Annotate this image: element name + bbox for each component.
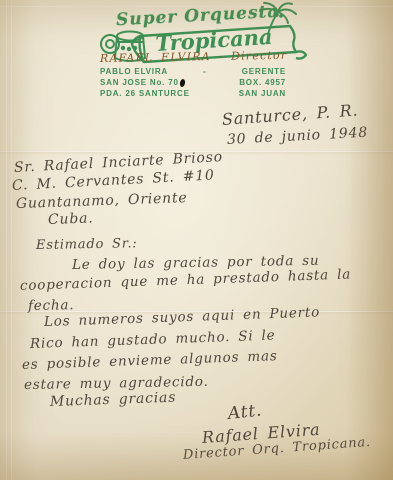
manager-row: PABLO ELVIRA - GERENTE — [100, 67, 286, 76]
scan-edge-line — [11, 0, 12, 480]
po-box: BOX. 4957 — [239, 78, 286, 87]
manager-name: PABLO ELVIRA — [100, 67, 168, 76]
parada-santurce: PDA. 26 SANTURCE — [100, 89, 190, 98]
signature-att: Att. — [227, 400, 263, 423]
street-address: SAN JOSE No. 70 — [100, 78, 185, 87]
body-p2-line2: Rico han gustado mucho. Si le — [30, 327, 276, 352]
body-p1-line3: fecha. — [28, 297, 75, 314]
manager-title: GERENTE — [242, 67, 286, 76]
manager-dash: - — [203, 67, 206, 76]
body-p2-line3: es posible envieme algunos mas — [22, 348, 278, 373]
recipient-country: Cuba. — [48, 210, 94, 228]
scan-edge-line — [6, 0, 7, 480]
body-p2-line1: Los numeros suyos aqui en Puerto — [44, 304, 321, 330]
address-row-1: SAN JOSE No. 70 BOX. 4957 — [100, 78, 286, 87]
closing-thanks: Muchas gracias — [50, 390, 177, 410]
address-row-2: PDA. 26 SANTURCE SAN JUAN — [100, 89, 286, 98]
dateline-date: 30 de junio 1948 — [227, 125, 369, 148]
ink-blot — [179, 78, 186, 87]
recipient-city: Guantanamo, Oriente — [16, 190, 188, 212]
scanned-letter: Super Orquesta — [0, 0, 393, 480]
salutation: Estimado Sr.: — [36, 236, 138, 253]
dateline-place: Santurce, P. R. — [221, 100, 359, 128]
san-juan: SAN JUAN — [239, 89, 286, 98]
body-p2-line4: estare muy agradecido. — [24, 374, 209, 393]
